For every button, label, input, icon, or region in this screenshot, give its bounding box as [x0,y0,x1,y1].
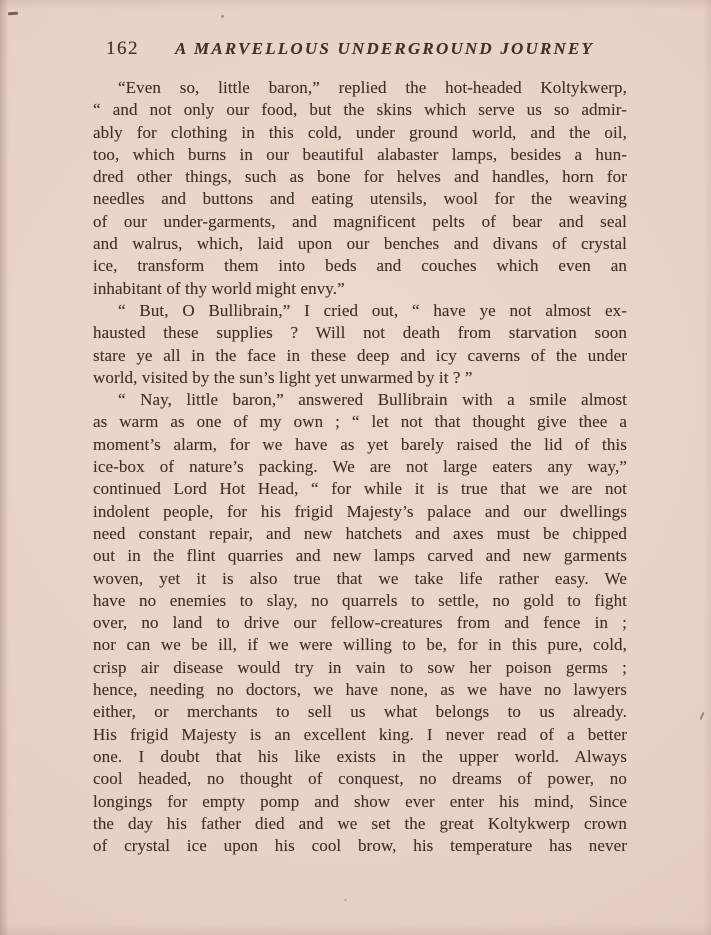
running-title: A MARVELLOUS UNDERGROUND JOURNEY [175,39,594,59]
text-line: needles and buttons and eating utensils,… [93,188,627,210]
paragraph: “ But, O Bullibrain,” I cried out, “ hav… [93,300,627,389]
text-line: “ But, O Bullibrain,” I cried out, “ hav… [93,300,627,322]
text-line: over, no land to drive our fellow-creatu… [93,612,627,634]
text-line: need constant repair, and new hatchets a… [93,523,627,545]
text-line: the day his father died and we set the g… [93,813,627,835]
text-line: and walrus, which, laid upon our benches… [93,233,627,255]
text-line: woven, yet it is also true that we take … [93,568,627,590]
text-line: out in the flint quarries and new lamps … [93,545,627,567]
text-line: continued Lord Hot Head, “ for while it … [93,478,627,500]
text-line: moment’s alarm, for we have as yet barel… [93,434,627,456]
text-line: ably for clothing in this cold, under gr… [93,122,627,144]
scan-mark-speck [344,899,347,901]
text-line: one. I doubt that his like exists in the… [93,746,627,768]
text-line: cool headed, no thought of conquest, no … [93,768,627,790]
book-page: 162 A MARVELLOUS UNDERGROUND JOURNEY “Ev… [0,0,711,935]
text-line: hence, needing no doctors, we have none,… [93,679,627,701]
text-line: ice-box of nature’s packing. We are not … [93,456,627,478]
page-number: 162 [106,38,139,60]
paragraph: “Even so, little baron,” replied the hot… [93,77,627,300]
text-line: too, which burns in our beautiful alabas… [93,144,627,166]
text-line: hausted these supplies ? Will not death … [93,322,627,344]
text-line: stare ye all in the face in these deep a… [93,345,627,367]
text-body: “Even so, little baron,” replied the hot… [93,77,627,857]
scan-mark-dash [8,12,18,16]
paragraph: “ Nay, little baron,” answered Bullibrai… [93,389,627,857]
text-line: “ Nay, little baron,” answered Bullibrai… [93,389,627,411]
text-line: crisp air disease would try in vain to s… [93,657,627,679]
text-line: of crystal ice upon his cool brow, his t… [93,835,627,857]
text-line: inhabitant of thy world might envy.” [93,278,627,300]
text-line: indolent people, for his frigid Majesty’… [93,501,627,523]
text-line: as warm as one of my own ; “ let not tha… [93,411,627,433]
text-line: world, visited by the sun’s light yet un… [93,367,627,389]
text-line: have no enemies to slay, no quarrels to … [93,590,627,612]
text-line: ice, transform them into beds and couche… [93,255,627,277]
text-line: either, or merchants to sell us what bel… [93,701,627,723]
text-line: nor can we be ill, if we were willing to… [93,634,627,656]
text-line: dred other things, such as bone for helv… [93,166,627,188]
scan-mark-slash [699,712,704,720]
text-line: “ and not only our food, but the skins w… [93,99,627,121]
text-line: longings for empty pomp and show ever en… [93,791,627,813]
text-line: His frigid Majesty is an excellent king.… [93,724,627,746]
text-line: of our under-garments, and magnificent p… [93,211,627,233]
scan-mark-dot [221,15,224,18]
text-line: “Even so, little baron,” replied the hot… [93,77,627,99]
page-header: 162 A MARVELLOUS UNDERGROUND JOURNEY [106,38,594,60]
